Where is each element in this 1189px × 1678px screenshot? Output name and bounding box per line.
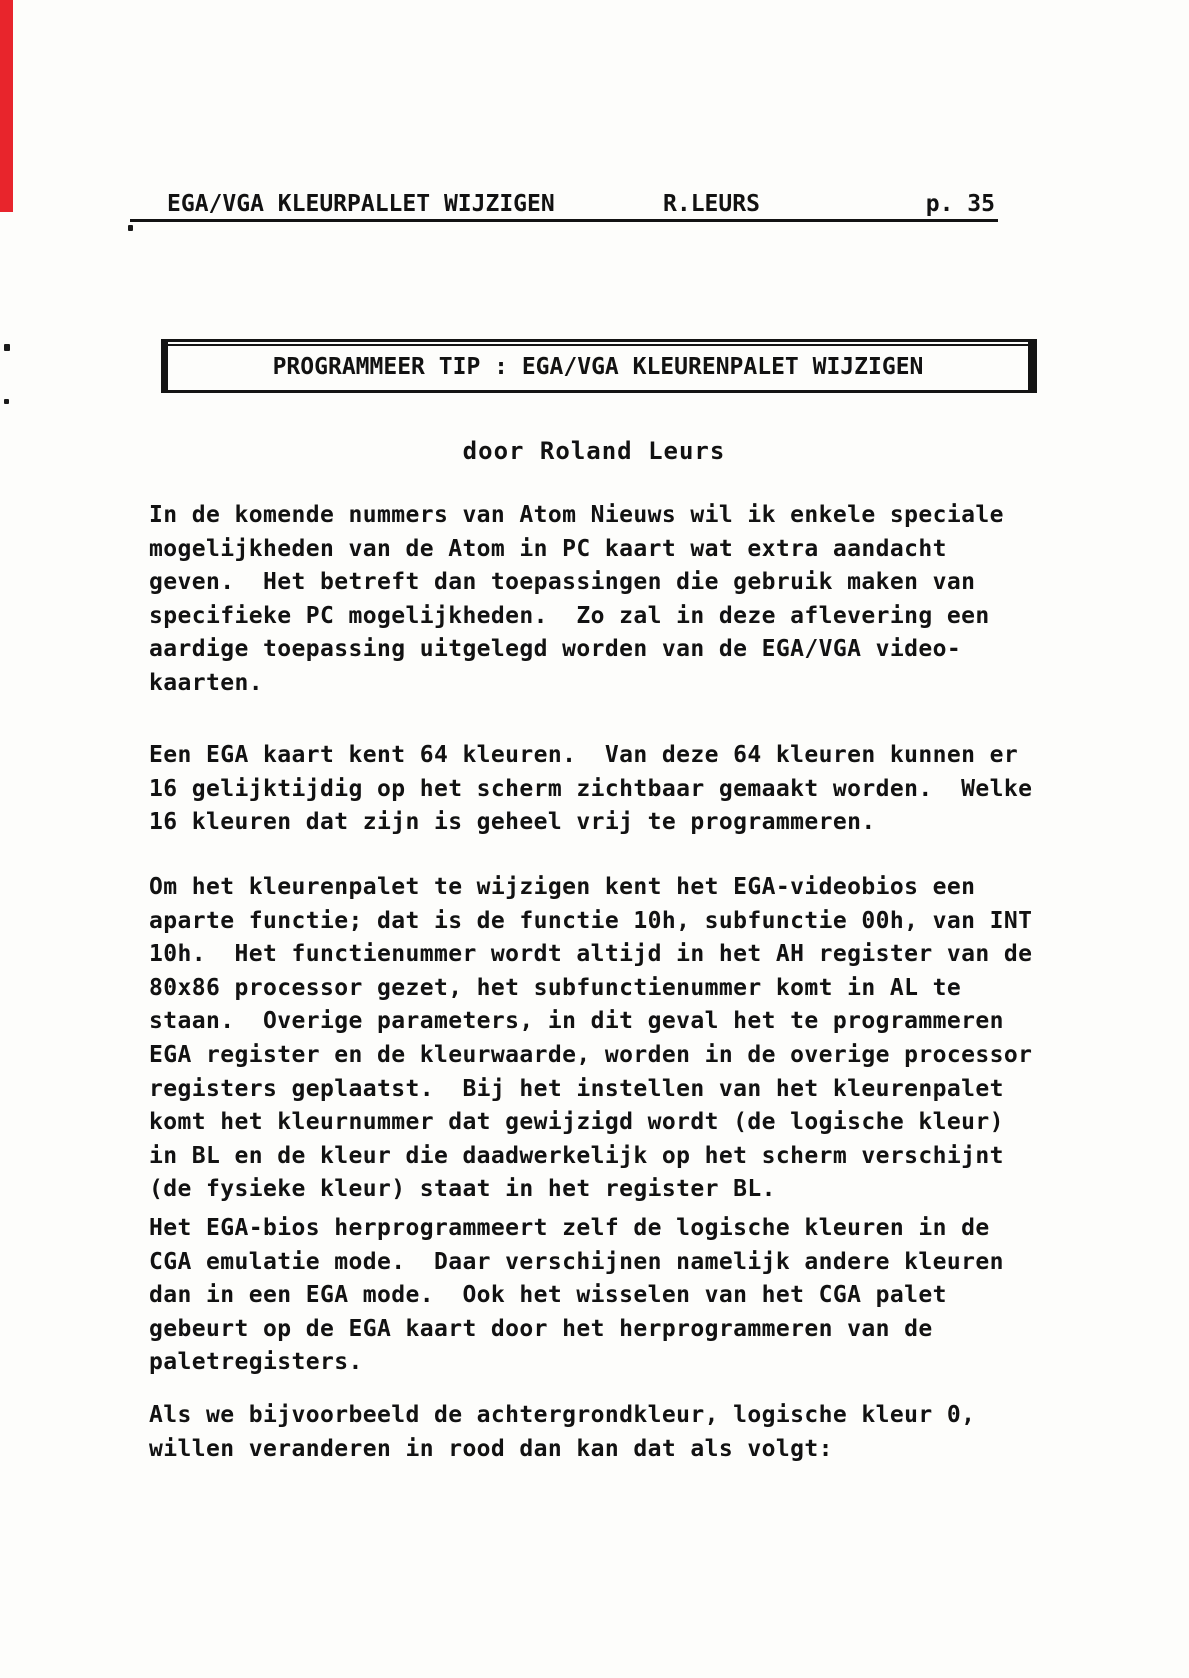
- scanned-document-page: EGA/VGA KLEURPALLET WIJZIGEN R.LEURS p. …: [0, 0, 1189, 1678]
- paragraph-cga-emulation: Het EGA-bios herprogrammeert zelf de log…: [149, 1212, 1054, 1380]
- scan-speck: [128, 225, 133, 231]
- paragraph-bios-function: Om het kleurenpalet te wijzigen kent het…: [149, 871, 1054, 1207]
- title-box-text: PROGRAMMEER TIP : EGA/VGA KLEURENPALET W…: [168, 344, 1028, 390]
- header-author: R.LEURS: [663, 191, 760, 217]
- scan-speck: [4, 399, 9, 404]
- header-page-number: p. 35: [926, 191, 995, 217]
- byline: door Roland Leurs: [150, 437, 1038, 465]
- paragraph-example-intro: Als we bijvoorbeeld de achtergrondkleur,…: [149, 1399, 1054, 1466]
- red-edge-scan-artifact: [0, 0, 13, 212]
- header-title: EGA/VGA KLEURPALLET WIJZIGEN: [167, 191, 555, 217]
- page-header: EGA/VGA KLEURPALLET WIJZIGEN R.LEURS p. …: [130, 188, 998, 222]
- scan-speck: [4, 344, 10, 351]
- title-box: PROGRAMMEER TIP : EGA/VGA KLEURENPALET W…: [161, 339, 1037, 393]
- paragraph-ega-colors: Een EGA kaart kent 64 kleuren. Van deze …: [149, 739, 1054, 840]
- paragraph-intro: In de komende nummers van Atom Nieuws wi…: [149, 499, 1054, 701]
